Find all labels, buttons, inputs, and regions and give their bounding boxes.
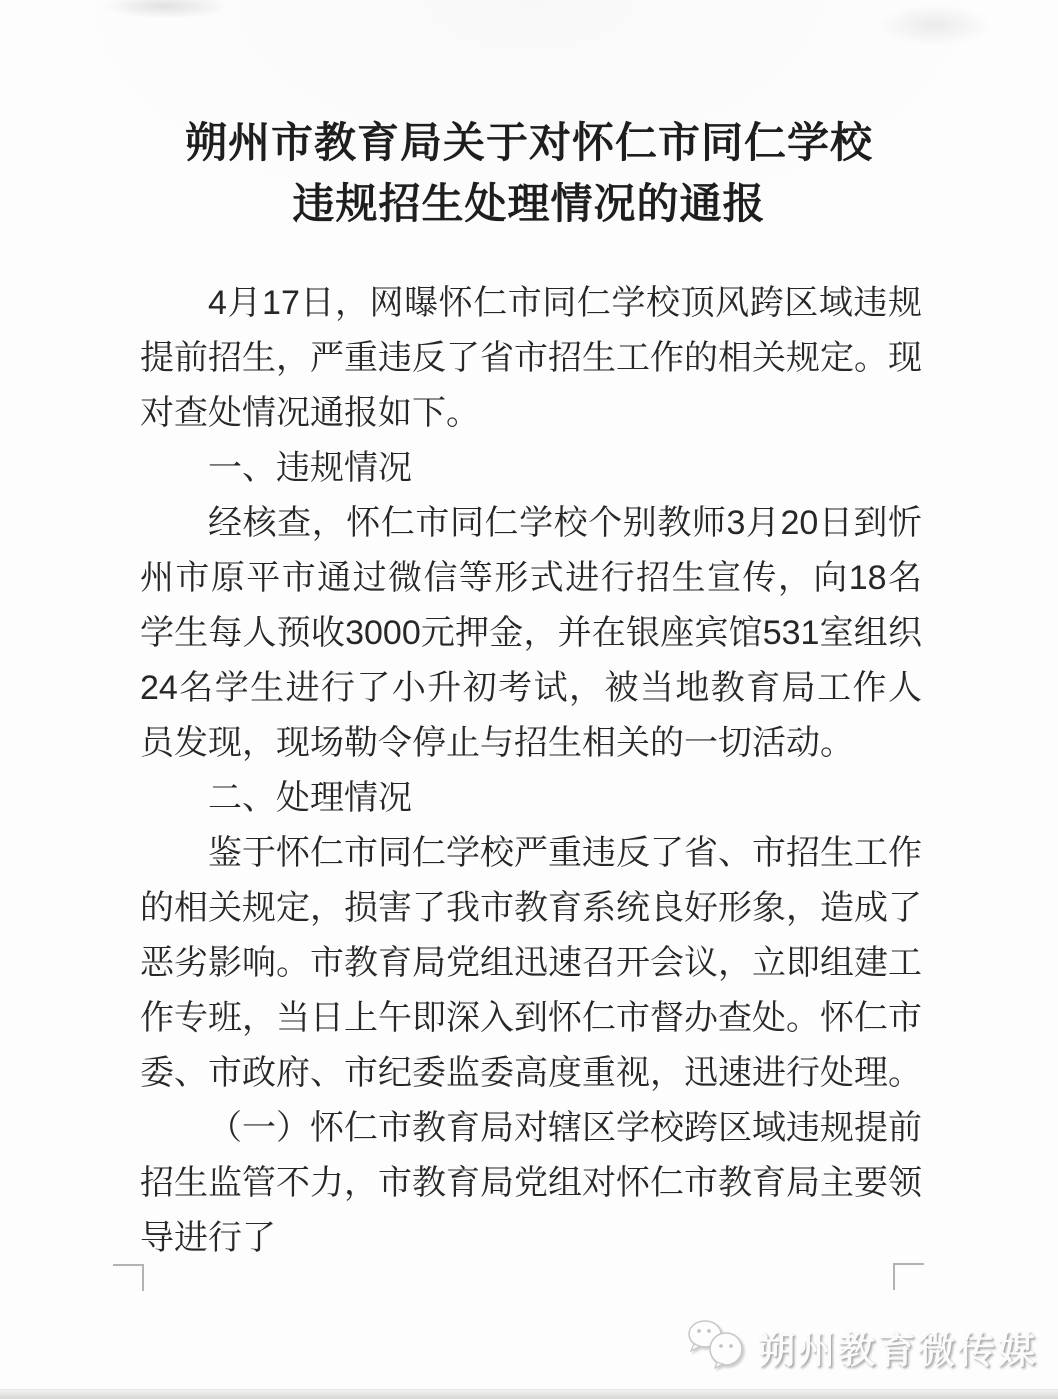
body-paragraph: 鉴于怀仁市同仁学校严重违反了省、市招生工作的相关规定，损害了我市教育系统良好形象… xyxy=(140,826,922,1101)
document-body: 4月17日，网曝怀仁市同仁学校顶风跨区域违规提前招生，严重违反了省市招生工作的相… xyxy=(140,276,922,1266)
body-paragraph: 4月17日，网曝怀仁市同仁学校顶风跨区域违规提前招生，严重违反了省市招生工作的相… xyxy=(140,276,922,441)
watermark-label: 朔州教育微传媒 xyxy=(758,1320,1038,1374)
wechat-icon xyxy=(684,1318,748,1375)
document-title-line-2: 违规招生处理情况的通报 xyxy=(0,173,1058,234)
watermark: 朔州教育微传媒 xyxy=(684,1318,1038,1375)
document-page: 朔州市教育局关于对怀仁市同仁学校 违规招生处理情况的通报 4月17日，网曝怀仁市… xyxy=(0,0,1058,1399)
margin-corner-mark-left xyxy=(113,1264,144,1291)
body-paragraph: （一）怀仁市教育局对辖区学校跨区域违规提前招生监管不力，市教育局党组对怀仁市教育… xyxy=(140,1101,922,1266)
bottom-edge-bar xyxy=(0,1389,1058,1399)
body-paragraph: 经核查，怀仁市同仁学校个别教师3月20日到忻州市原平市通过微信等形式进行招生宣传… xyxy=(140,496,922,771)
margin-corner-mark-right xyxy=(893,1263,924,1290)
section-heading: 二、处理情况 xyxy=(140,771,922,826)
section-heading: 一、违规情况 xyxy=(140,441,922,496)
document-title: 朔州市教育局关于对怀仁市同仁学校 违规招生处理情况的通报 xyxy=(0,0,1058,234)
document-title-line-1: 朔州市教育局关于对怀仁市同仁学校 xyxy=(0,112,1058,173)
